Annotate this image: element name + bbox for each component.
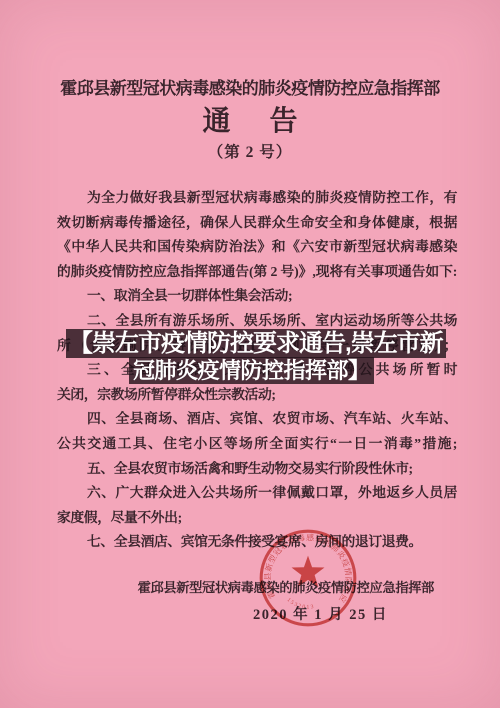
body-line: 效切断病毒传播途径，确保人民群众生命安全和身体健康，根据 — [57, 211, 457, 236]
star-icon — [292, 556, 325, 587]
header-issuer: 霍邱县新型冠状病毒感染的肺炎疫情防控应急指挥部 — [0, 74, 500, 99]
official-seal-stamp: 霍邱县新型冠状病毒感染的肺炎疫情防控应急指挥部 1532013 — [252, 522, 364, 634]
notice-page: 霍邱县新型冠状病毒感染的肺炎疫情防控应急指挥部 通 告 （第 2 号） 为全力做… — [0, 0, 500, 708]
caption-overlay-line1: 【崇左市疫情防控要求通告,崇左市新 — [66, 329, 446, 358]
seal-code: 1532013 — [286, 597, 316, 611]
body-line: 六、广大群众进入公共场所一律佩戴口罩，外地返乡人员居 — [57, 481, 457, 506]
body-line: 的肺炎疫情防控应急指挥部通告(第 2 号)》,现将有关事项通告如下: — [57, 260, 457, 285]
body-line: 四、全县商场、酒店、宾馆、农贸市场、汽车站、火车站、 — [57, 407, 457, 432]
signature-issuer: 霍邱县新型冠状病毒感染的肺炎疫情防控应急指挥部 — [0, 577, 434, 596]
body-line: 关闭，宗教场所暂停群众性宗教活动; — [57, 383, 457, 408]
caption-overlay-line2: 冠肺炎疫情防控指挥部】 — [129, 357, 374, 384]
issue-number: （第 2 号） — [0, 140, 500, 162]
document-title: 通 告 — [0, 99, 500, 139]
body-line: 《中华人民共和国传染病防治法》和《六安市新型冠状病毒感染 — [57, 235, 457, 260]
body-line: 为全力做好我县新型冠状病毒感染的肺炎疫情防控工作，有 — [57, 186, 457, 211]
body-line: 一、取消全县一切群体性集会活动; — [57, 284, 457, 309]
body-line: 五、全县农贸市场活禽和野生动物交易实行阶段性休市; — [57, 457, 457, 482]
body-line: 公共交通工具、住宅小区等场所全面实行“一日一消毒”措施; — [57, 432, 457, 457]
seal-ring-text: 霍邱县新型冠状病毒感染的肺炎疫情防控应急指挥部 — [252, 522, 354, 604]
